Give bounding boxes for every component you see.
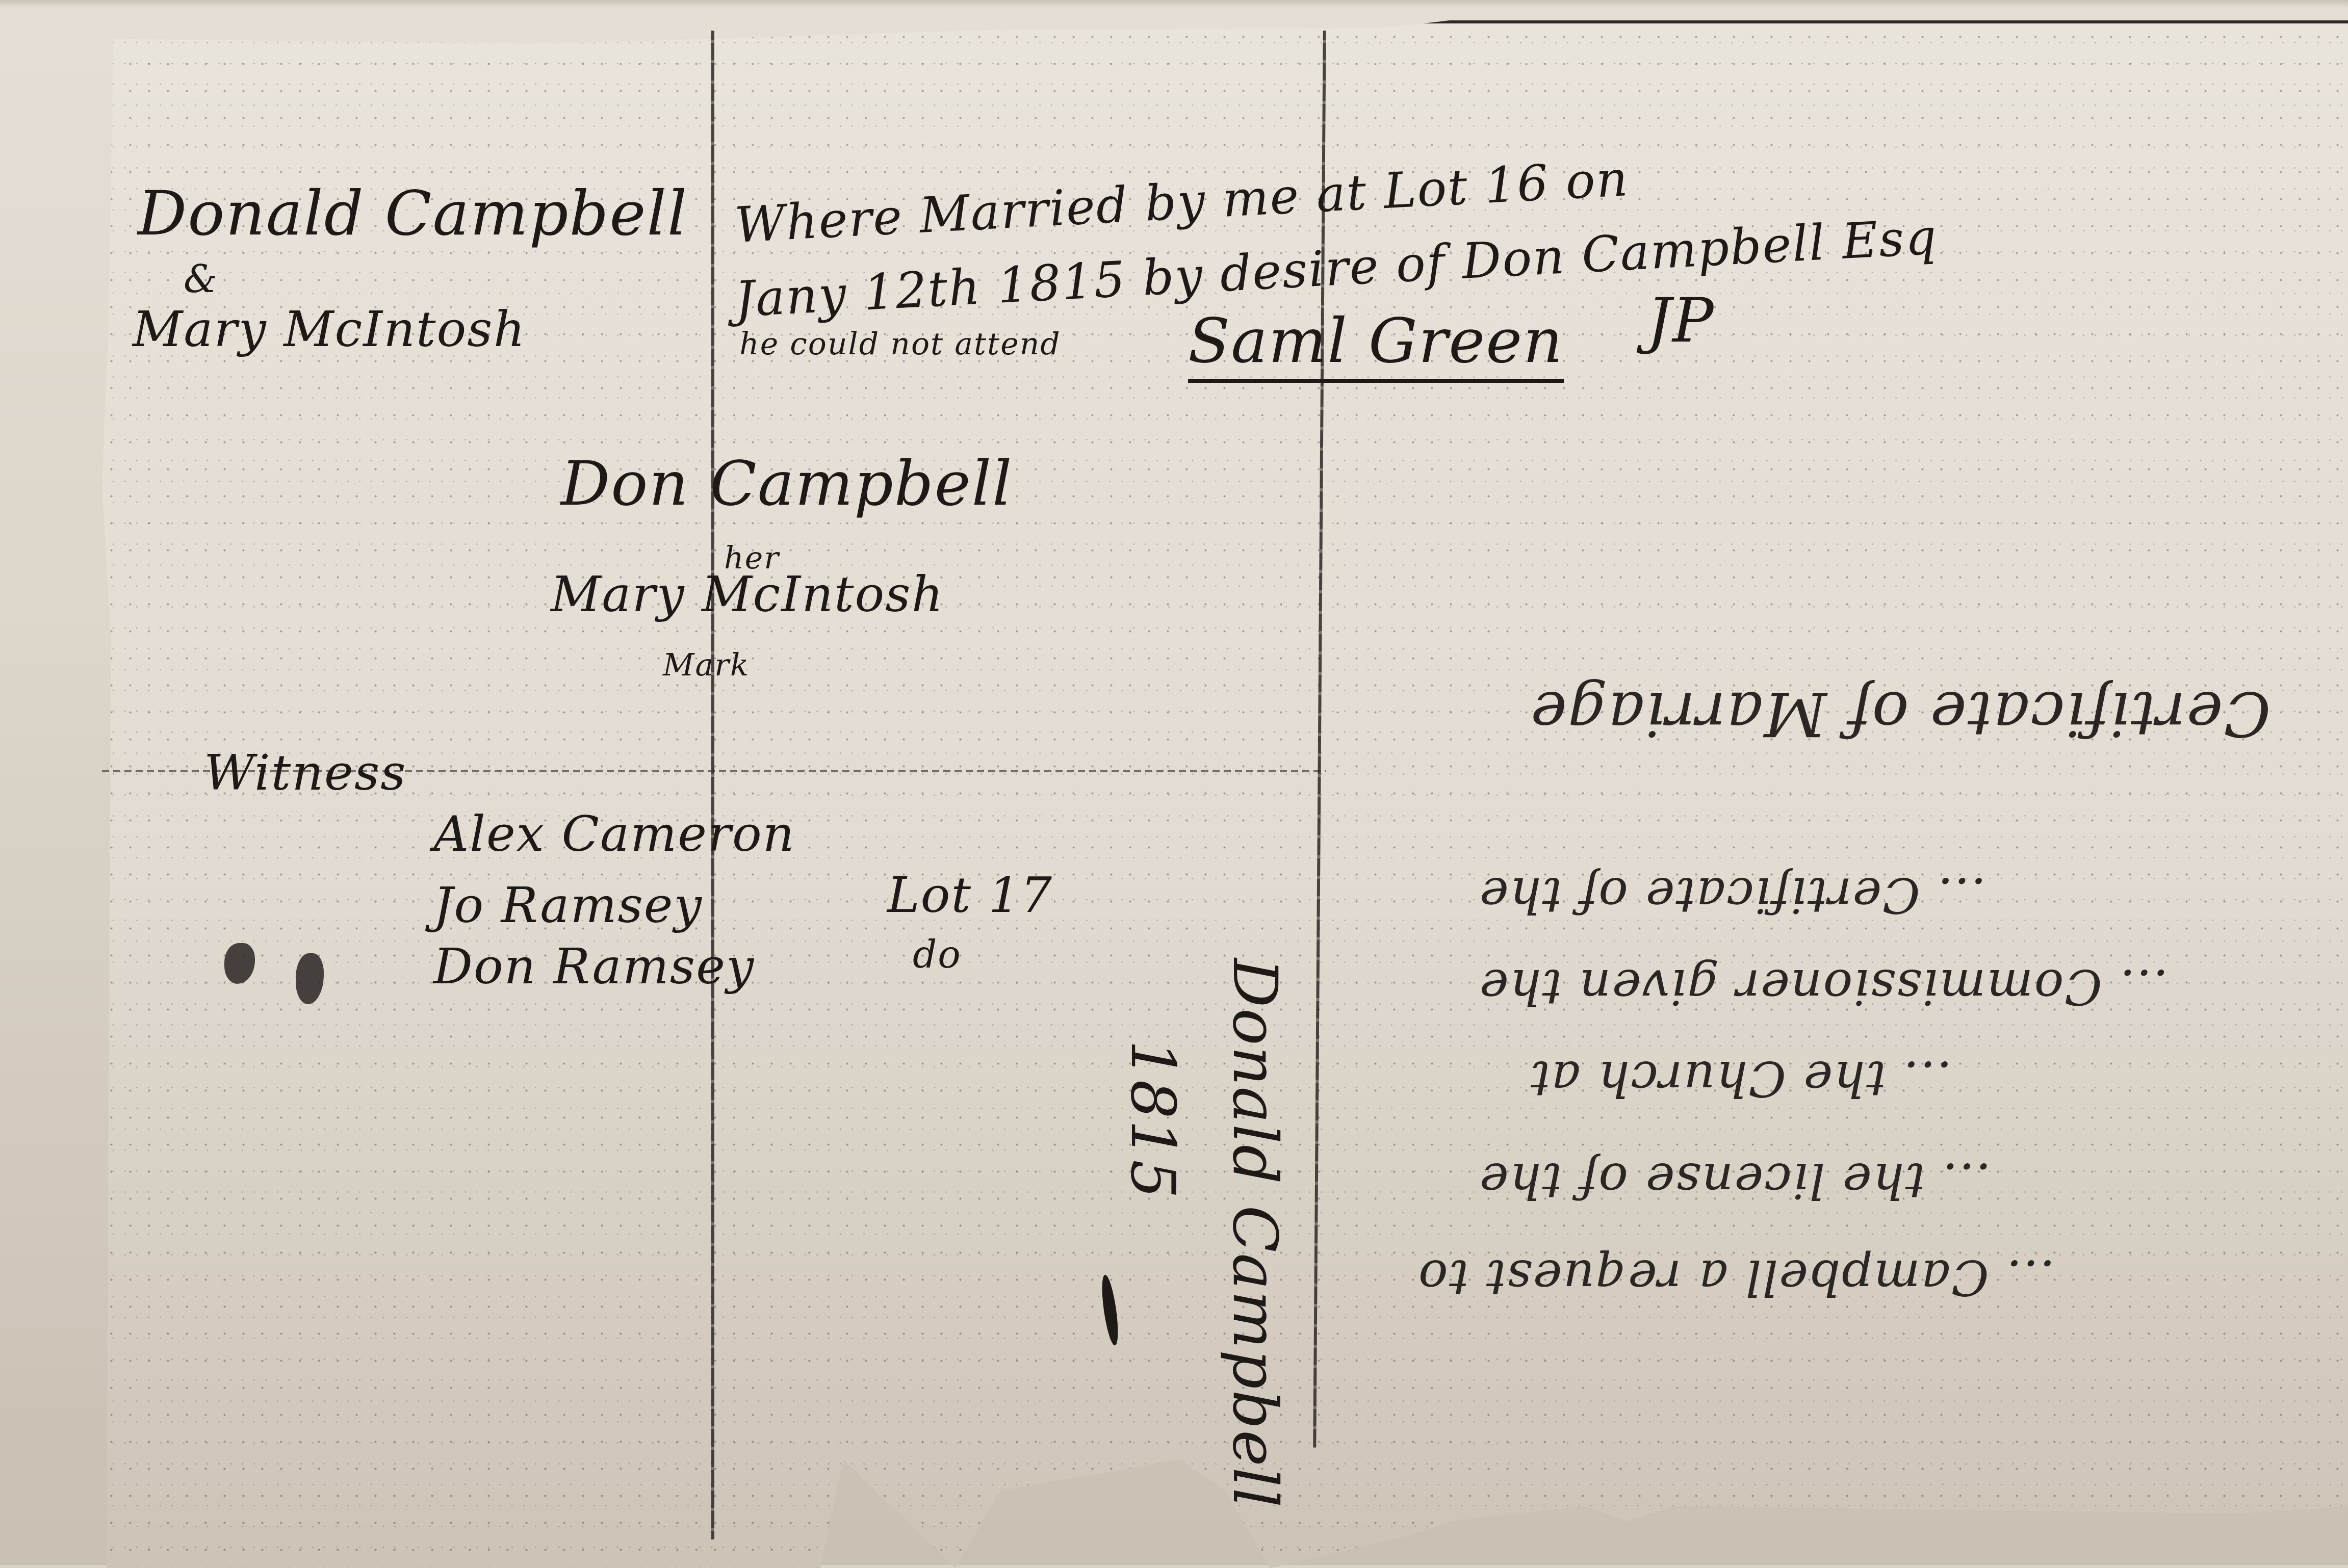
bride-name: Mary McIntosh bbox=[133, 301, 526, 358]
reverse-line-5: ... the Church at bbox=[1530, 1050, 1952, 1107]
reverse-line-1: Certificate of Marriage bbox=[1530, 678, 2270, 749]
witness-2-lot: Lot 17 bbox=[887, 867, 1053, 924]
ampersand: & bbox=[184, 257, 218, 301]
witness-3-lot: do bbox=[913, 933, 962, 977]
witness-1-name: Alex Cameron bbox=[433, 805, 795, 863]
officiant-title: JP bbox=[1647, 285, 1715, 356]
witness-3-name: Don Ramsey bbox=[433, 938, 755, 995]
reverse-line-7: ... Campbell a request to bbox=[1417, 1249, 2055, 1306]
top-shadow bbox=[0, 0, 2348, 8]
bride-mark: Mark bbox=[663, 647, 750, 683]
witness-label: Witness bbox=[204, 744, 406, 801]
groom-signature: Don Campbell bbox=[561, 449, 1013, 519]
bride-signature: Mary McIntosh bbox=[551, 566, 944, 623]
fold-line-left bbox=[711, 31, 714, 1539]
reverse-line-4: ... Commissioner given the bbox=[1479, 958, 2169, 1015]
reverse-line-3: ... Certificate of the bbox=[1479, 867, 1986, 924]
witness-2-name: Jo Ramsey bbox=[433, 877, 703, 934]
endorsement-year: 1815 bbox=[1117, 1040, 1188, 1199]
reverse-line-6: ... the license of the bbox=[1479, 1152, 1991, 1209]
officiant-name: Saml Green bbox=[1188, 306, 1564, 383]
groom-name: Donald Campbell bbox=[138, 178, 688, 249]
endorsement-name: Donald Campbell bbox=[1219, 958, 1290, 1508]
record-line-3: he could not attend bbox=[739, 326, 1061, 362]
